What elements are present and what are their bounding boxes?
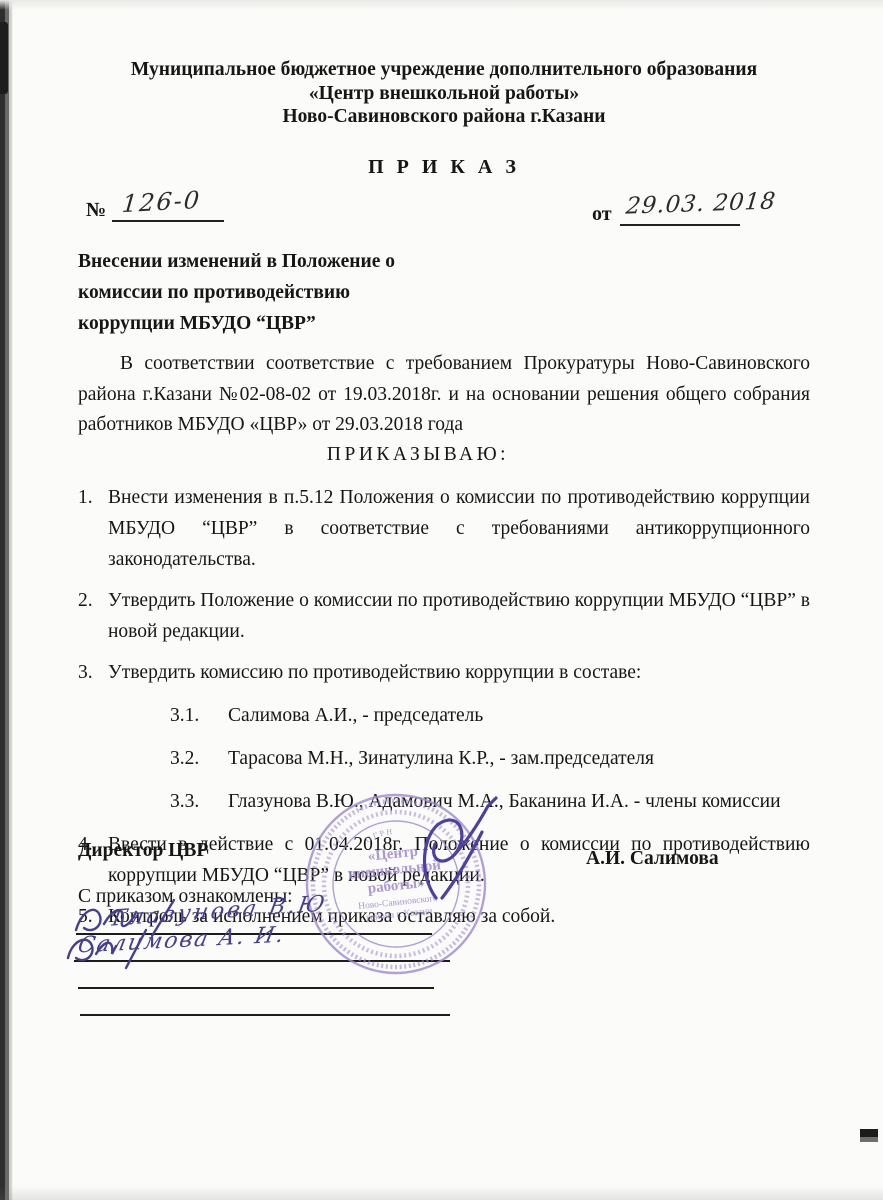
- org-name-line3: Ново-Савиновского района г.Казани: [78, 105, 810, 129]
- scan-artifact-bottomright: [860, 1129, 878, 1142]
- document-content: Муниципальное бюджетное учреждение допол…: [78, 0, 810, 1200]
- subitem-number: 3.2.: [170, 743, 228, 774]
- handwritten-number: 126-0: [121, 186, 203, 218]
- item-number: 3.: [78, 657, 108, 688]
- list-subitem: 3.1. Салимова А.И., - председатель: [170, 700, 810, 731]
- item-number: 1.: [78, 482, 108, 575]
- list-subitem: 3.2. Тарасова М.Н., Зинатулина К.Р., - з…: [170, 743, 810, 774]
- date-label: от: [592, 203, 612, 225]
- scan-edge-left: [0, 0, 13, 1200]
- order-word: ПРИКАЗЫВАЮ:: [78, 444, 758, 466]
- signature-line-3: [78, 987, 434, 989]
- org-name-line1: Муниципальное бюджетное учреждение допол…: [78, 58, 810, 82]
- number-underline: 126-0: [112, 196, 224, 222]
- org-name-line2: «Центр внешкольной работы»: [78, 82, 810, 106]
- number-label: №: [86, 199, 106, 221]
- document-title: П Р И К А З: [78, 156, 810, 179]
- subitem-text: Тарасова М.Н., Зинатулина К.Р., - зам.пр…: [228, 743, 654, 774]
- order-date: от29.03. 2018: [592, 200, 740, 226]
- document-page: Муниципальное бюджетное учреждение допол…: [0, 0, 883, 1200]
- number-date-row: №126-0 от29.03. 2018: [78, 196, 810, 232]
- subitem-number: 3.3.: [170, 786, 228, 817]
- item-text: Утвердить Положение о комиссии по против…: [108, 585, 810, 647]
- scan-artifact-topleft: [0, 22, 8, 94]
- director-signature: [412, 796, 512, 916]
- date-underline: 29.03. 2018: [620, 200, 740, 226]
- item-text: Утвердить комиссию по противодействию ко…: [108, 657, 810, 688]
- director-name: А.И. Салимова: [586, 848, 719, 870]
- subitem-number: 3.1.: [170, 700, 228, 731]
- subject-line1: Внесении изменений в Положение о: [78, 246, 395, 277]
- signature-line-4: [80, 1014, 450, 1016]
- list-item: 3. Утвердить комиссию по противодействию…: [78, 657, 810, 688]
- list-item: 1. Внести изменения в п.5.12 Положения о…: [78, 482, 810, 575]
- subject-line3: коррупции МБУДО “ЦВР”: [78, 308, 395, 339]
- svg-text:ОГРН: ОГРН: [363, 827, 395, 845]
- list-item: 2. Утвердить Положение о комиссии по про…: [78, 585, 810, 647]
- item-text: Внести изменения в п.5.12 Положения о ко…: [108, 482, 810, 575]
- director-label: Директор ЦВР: [78, 840, 208, 861]
- order-number: №126-0: [86, 196, 224, 222]
- intro-paragraph: В соответствии соответствие с требование…: [78, 349, 810, 441]
- stamp-ring-text: ОГРН: [363, 827, 395, 845]
- handwritten-date: 29.03. 2018: [624, 188, 777, 219]
- subject-line2: комиссии по противодействию: [78, 277, 395, 308]
- order-subject: Внесении изменений в Положение о комисси…: [78, 246, 395, 339]
- item-number: 2.: [78, 585, 108, 647]
- subitem-text: Салимова А.И., - председатель: [228, 700, 483, 731]
- org-header: Муниципальное бюджетное учреждение допол…: [78, 58, 810, 129]
